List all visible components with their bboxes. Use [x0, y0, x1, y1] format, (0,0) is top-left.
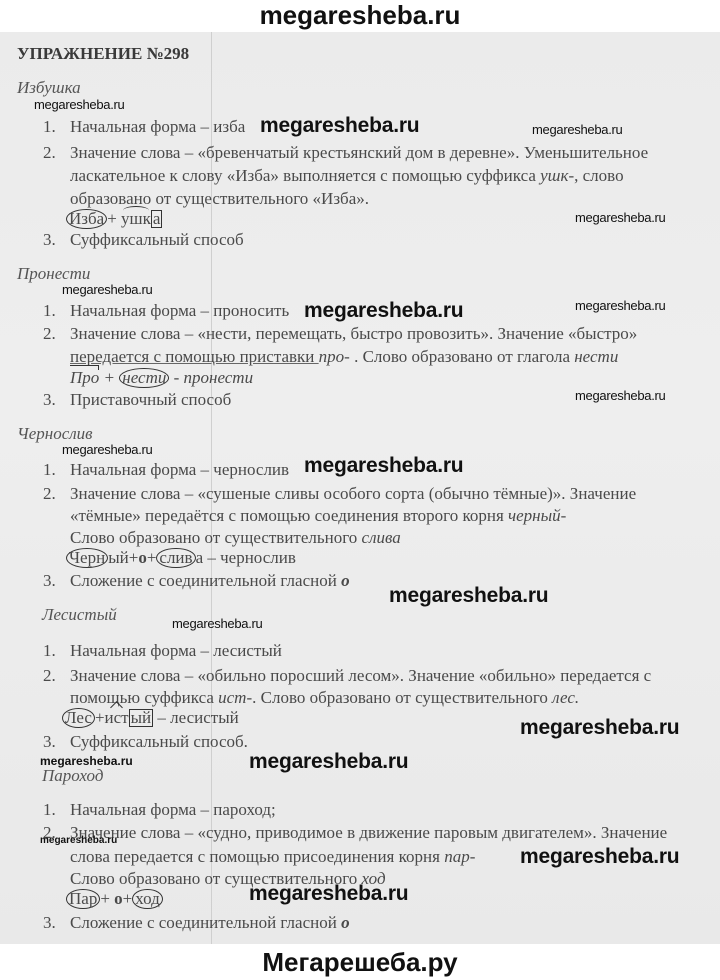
root-mark: слив [156, 548, 195, 568]
prefix-mark: Про [70, 368, 99, 388]
item-number: 1. [43, 460, 56, 480]
morpheme-scheme: Про + нести - пронести [70, 368, 253, 388]
word-title-izbushka: Избушка [17, 78, 81, 98]
meaning-text: слова передается с помощью присоединения… [70, 847, 444, 866]
source-word: нести [574, 347, 618, 366]
watermark: megaresheba.ru [389, 584, 548, 608]
item-meaning-line: Значение слова – «бревенчатый крестьянск… [70, 143, 648, 163]
connecting-vowel: о [341, 913, 350, 932]
watermark: megaresheba.ru [520, 845, 679, 869]
suffix-text: ушк- [540, 166, 574, 185]
item-initial-form: Начальная форма – изба [70, 117, 245, 137]
item-number: 3. [43, 732, 56, 752]
meaning-text: . Слово образовано от существительного [252, 688, 552, 707]
meaning-text: передается с помощью приставки [70, 347, 319, 366]
item-initial-form: Начальная форма – пароход; [70, 800, 276, 820]
item-meaning-line: Значение слова – «сушеные сливы особого … [70, 484, 636, 504]
item-initial-form: Начальная форма – лесистый [70, 641, 282, 661]
item-method: Сложение с соединительной гласной о [70, 913, 350, 933]
plus-sign: + [147, 548, 157, 567]
meaning-text: помощью суффикса [70, 688, 218, 707]
ending-mark: а [151, 210, 163, 228]
suffix-mark: ист [105, 708, 129, 728]
meaning-text: «тёмные» передаётся с помощью соединения… [70, 506, 508, 525]
watermark: megaresheba.ru [62, 282, 152, 297]
ending-mark: ый [129, 709, 154, 727]
root-mark: Черн [66, 548, 108, 568]
method-text: Сложение с соединительной гласной [70, 571, 341, 590]
connecting-vowel: о [341, 571, 350, 590]
item-number: 3. [43, 571, 56, 591]
watermark: megaresheba.ru [575, 210, 665, 225]
plus-sign: + [100, 889, 114, 908]
item-meaning-line: «тёмные» передаётся с помощью соединения… [70, 506, 566, 526]
connecting-vowel: о [138, 548, 147, 567]
morpheme-scheme: Черный+о+слива – чернослив [66, 548, 296, 568]
morpheme-scheme: Изба+ ушка [66, 209, 162, 229]
item-initial-form: Начальная форма – чернослив [70, 460, 289, 480]
morpheme-scheme: Лес+истый – лесистый [62, 708, 239, 728]
item-number: 3. [43, 390, 56, 410]
word-title-parokhod: Пароход [42, 766, 103, 786]
item-meaning-line: помощью суффикса ист-. Слово образовано … [70, 688, 579, 708]
watermark: megaresheba.ru [34, 97, 124, 112]
result-word: – лесистый [153, 708, 239, 727]
plus-sign: + [99, 368, 119, 387]
root-mark: ход [132, 889, 163, 909]
site-banner-bottom[interactable]: Мегарешеба.ру [0, 944, 720, 980]
item-method: Суффиксальный способ [70, 230, 244, 250]
watermark: megaresheba.ru [62, 442, 152, 457]
item-number: 3. [43, 230, 56, 250]
meaning-text: ласкательное к слову «Изба» выполняется … [70, 166, 540, 185]
result-word: - пронести [169, 368, 253, 387]
site-banner-top[interactable]: megaresheba.ru [0, 0, 720, 32]
watermark: megaresheba.ru [304, 454, 463, 478]
item-meaning-line: Слово образовано от существительного сли… [70, 528, 401, 548]
root-mark: нести [119, 368, 169, 388]
root-text: пар- [444, 847, 475, 866]
item-meaning-line: образовано от существительного «Изба». [70, 189, 369, 209]
item-meaning-line: Значение слова – «судно, приводимое в дв… [70, 823, 667, 843]
root-mark: Изба [66, 209, 107, 229]
source-word: лес. [552, 688, 579, 707]
item-number: 2. [43, 143, 56, 163]
source-word: слива [362, 528, 401, 547]
item-number: 3. [43, 913, 56, 933]
plus-sign: + [95, 708, 105, 727]
word-title-lesistyi: Лесистый [42, 605, 117, 625]
item-number: 1. [43, 301, 56, 321]
item-meaning-line: ласкательное к слову «Изба» выполняется … [70, 166, 624, 186]
meaning-text: , слово [574, 166, 623, 185]
item-number: 2. [43, 484, 56, 504]
item-meaning-line: Значение слова – «нести, перемещать, быс… [70, 324, 637, 344]
root-mark: Пар [66, 889, 100, 909]
meaning-text: . Слово образовано от глагола [350, 347, 574, 366]
item-number: 1. [43, 117, 56, 137]
item-meaning-line: слова передается с помощью присоединения… [70, 847, 475, 867]
word-title-pronesti: Пронести [17, 264, 90, 284]
watermark: megaresheba.ru [520, 716, 679, 740]
item-number: 2. [43, 666, 56, 686]
watermark: megaresheba.ru [575, 298, 665, 313]
suffix-text: ист- [218, 688, 252, 707]
method-text: Сложение с соединительной гласной [70, 913, 341, 932]
item-method: Приставочный способ [70, 390, 231, 410]
item-number: 1. [43, 641, 56, 661]
watermark: megaresheba.ru [304, 299, 463, 323]
item-meaning-line: Значение слова – «обильно поросший лесом… [70, 666, 651, 686]
plus-sign: + [123, 889, 133, 908]
watermark: megaresheba.ru [260, 114, 419, 138]
item-meaning-line: передается с помощью приставки про- . Сл… [70, 347, 618, 367]
root-mark: Лес [62, 708, 95, 728]
watermark: megaresheba.ru [249, 882, 408, 906]
watermark: megaresheba.ru [249, 750, 408, 774]
connecting-vowel: о [114, 889, 123, 908]
meaning-text: Слово образовано от существительного [70, 528, 362, 547]
morpheme-scheme: Пар+ о+ход [66, 889, 163, 909]
item-number: 2. [43, 324, 56, 344]
result-word: – чернослив [203, 548, 296, 567]
item-initial-form: Начальная форма – проносить [70, 301, 289, 321]
word-tail: ый+ [108, 548, 138, 567]
exercise-title: УПРАЖНЕНИЕ №298 [17, 44, 189, 64]
suffix-mark: ушк [121, 209, 151, 229]
word-title-chernosliv: Чернослив [17, 424, 93, 444]
plus-sign: + [107, 209, 121, 228]
watermark: megaresheba.ru [172, 616, 262, 631]
item-method: Суффиксальный способ. [70, 732, 248, 752]
root-text: черный- [508, 506, 566, 525]
item-method: Сложение с соединительной гласной о [70, 571, 350, 591]
watermark: megaresheba.ru [40, 835, 117, 846]
prefix-text: про- [319, 347, 350, 366]
item-number: 1. [43, 800, 56, 820]
word-tail: а [196, 548, 204, 567]
watermark: megaresheba.ru [575, 388, 665, 403]
watermark: megaresheba.ru [532, 122, 622, 137]
